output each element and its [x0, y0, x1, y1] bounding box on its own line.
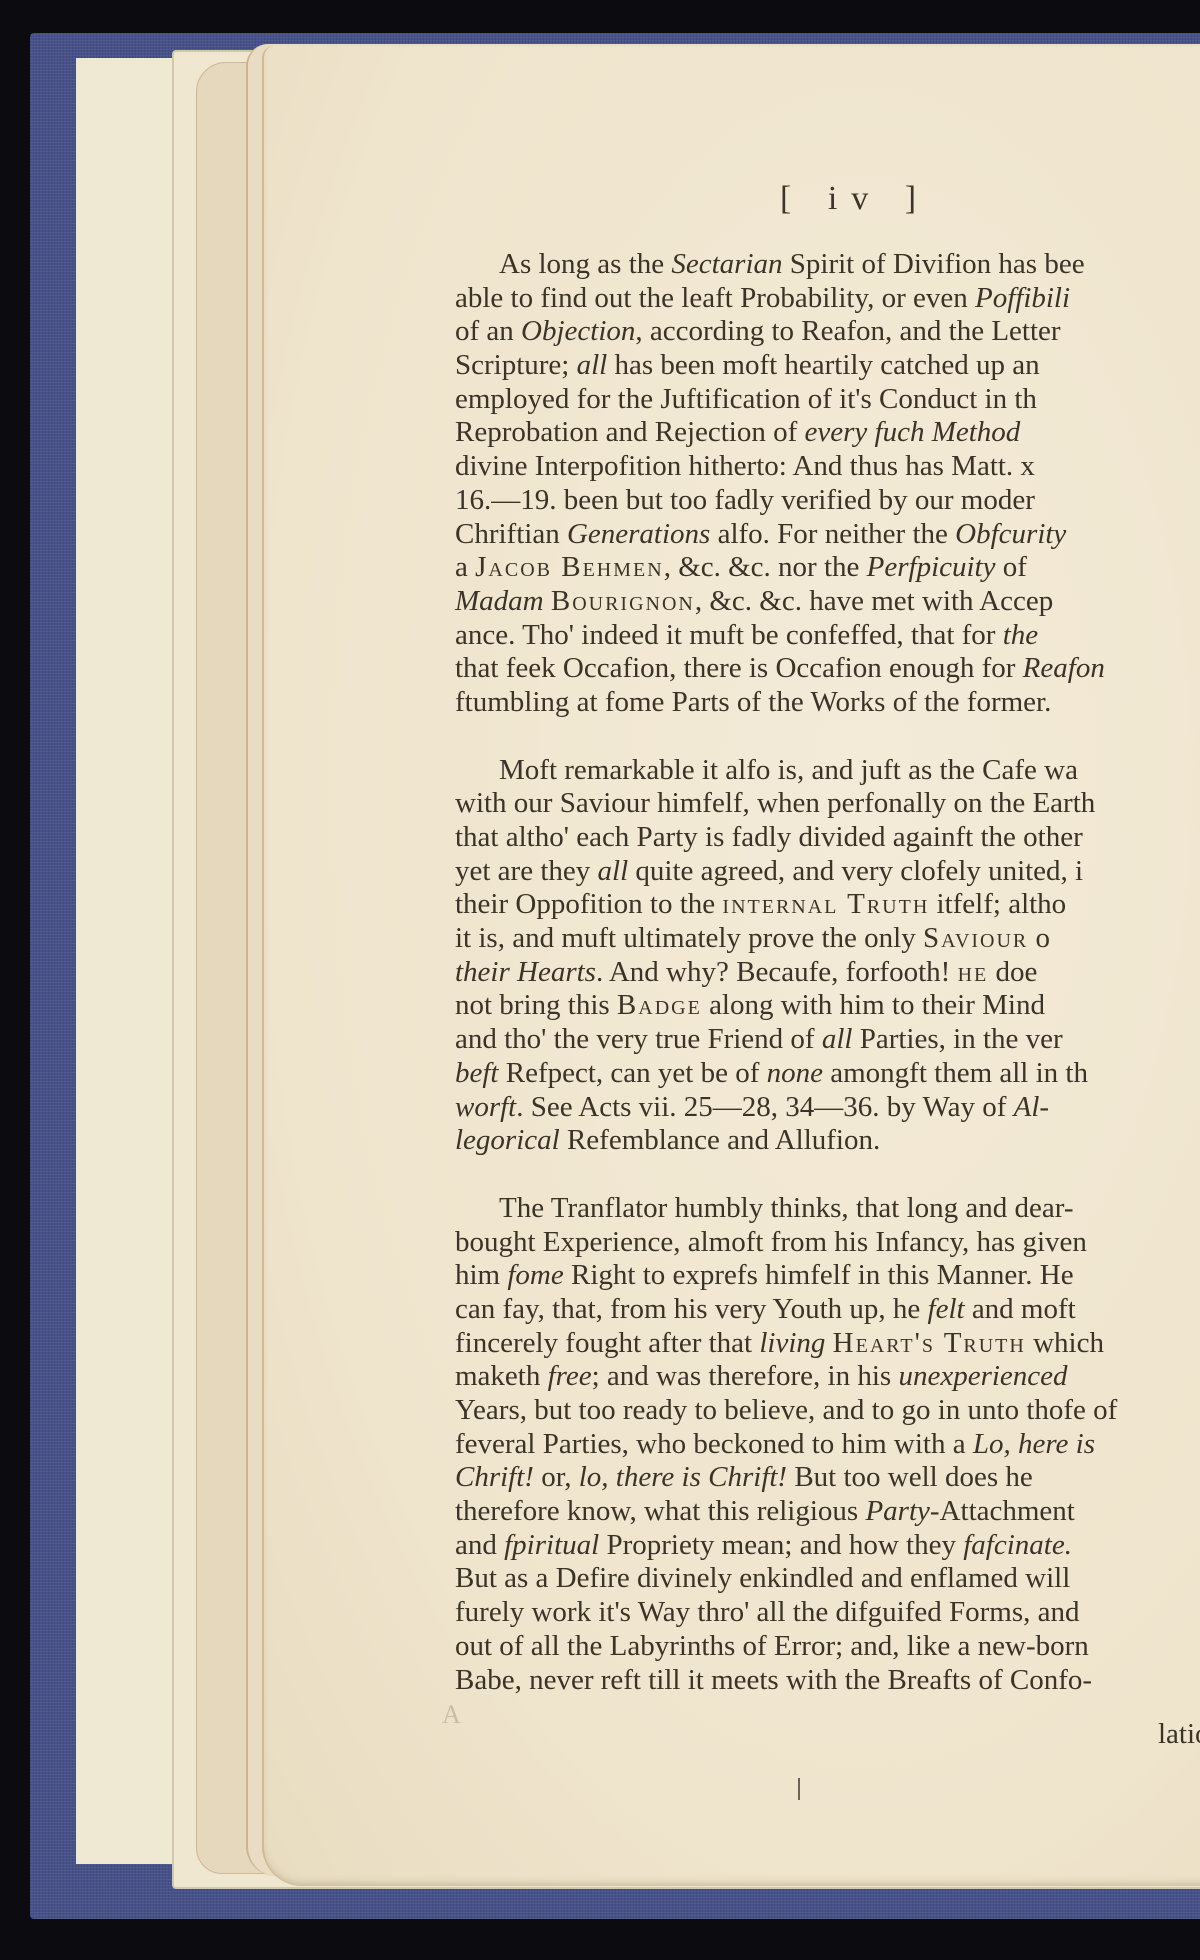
text-line: Years, but too ready to believe, and to … — [455, 1394, 1200, 1428]
italic-text: fafcinate. — [963, 1529, 1072, 1561]
text-line: The Tranflator humbly thinks, that long … — [455, 1192, 1200, 1226]
italic-text: fome — [507, 1259, 563, 1291]
small-caps-text: Bourignon — [551, 585, 695, 617]
text-line: maketh free; and was therefore, in his u… — [455, 1360, 1200, 1394]
italic-text: living — [759, 1327, 825, 1359]
text-line: feveral Parties, who beckoned to him wit… — [455, 1428, 1200, 1462]
text-line: Reprobation and Rejection of every fuch … — [455, 416, 1200, 450]
italic-text: felt — [928, 1293, 965, 1325]
text-line: Babe, never reft till it meets with the … — [455, 1664, 1200, 1698]
text-line: yet are they all quite agreed, and very … — [455, 855, 1200, 889]
text-line: their Hearts. And why? Becaufe, forfooth… — [455, 956, 1200, 990]
page-number: [ iv ] — [780, 180, 930, 218]
italic-text: all — [598, 855, 629, 887]
italic-text: lo, there is Chrift! — [579, 1461, 787, 1493]
text-line: fincerely fought after that living Heart… — [455, 1327, 1200, 1361]
small-caps-text: he — [958, 956, 989, 988]
text-line: him fome Right to exprefs himfelf in thi… — [455, 1259, 1200, 1293]
footer-mark — [798, 1778, 800, 1800]
italic-text: free — [548, 1360, 592, 1392]
text-line: legorical Refemblance and Allufion. — [455, 1124, 1200, 1158]
text-line: not bring this Badge along with him to t… — [455, 989, 1200, 1023]
paragraph: The Tranflator humbly thinks, that long … — [455, 1192, 1200, 1697]
text-line: can fay, that, from his very Youth up, h… — [455, 1293, 1200, 1327]
text-line: and fpiritual Propriety mean; and how th… — [455, 1529, 1200, 1563]
small-caps-text: Badge — [617, 989, 702, 1021]
italic-text: all — [577, 349, 608, 381]
italic-text: Poffibili — [975, 282, 1070, 314]
italic-text: none — [767, 1057, 823, 1089]
paragraph-gap — [455, 1158, 1200, 1192]
italic-text: Sectarian — [671, 248, 782, 280]
italic-text: fpiritual — [504, 1529, 599, 1561]
text-line: employed for the Juftification of it's C… — [455, 383, 1200, 417]
text-line: a Jacob Behmen, &c. &c. nor the Perfpicu… — [455, 551, 1200, 585]
small-caps-text: Saviour — [923, 922, 1028, 954]
italic-text: Lo, here is — [973, 1428, 1095, 1460]
italic-text: Party — [865, 1495, 929, 1527]
text-line: divine Interpofition hitherto: And thus … — [455, 450, 1200, 484]
text-line: furely work it's Way thro' all the difgu… — [455, 1596, 1200, 1630]
italic-text: Generations — [567, 518, 710, 550]
text-line: that altho' each Party is fadly divided … — [455, 821, 1200, 855]
body-text: As long as the Sectarian Spirit of Divif… — [455, 248, 1200, 1697]
text-line: their Oppofition to the internal Truth i… — [455, 888, 1200, 922]
text-line: therefore know, what this religious Part… — [455, 1495, 1200, 1529]
italic-text: legorical — [455, 1124, 560, 1156]
text-line: worft. See Acts vii. 25—28, 34—36. by Wa… — [455, 1091, 1200, 1125]
text-line: beft Refpect, can yet be of none amongft… — [455, 1057, 1200, 1091]
catchword: lation — [1158, 1718, 1200, 1751]
italic-text: worft — [455, 1091, 516, 1123]
text-line: Moft remarkable it alfo is, and juft as … — [455, 754, 1200, 788]
italic-text: Perfpicuity — [867, 551, 996, 583]
text-line: ance. Tho' indeed it muft be confeffed, … — [455, 619, 1200, 653]
small-caps-text: Heart's Truth — [833, 1327, 1026, 1359]
text-line: out of all the Labyrinths of Error; and,… — [455, 1630, 1200, 1664]
text-line: But as a Defire divinely enkindled and e… — [455, 1562, 1200, 1596]
italic-text: the — [1003, 619, 1038, 651]
small-caps-text: Jacob Behmen — [475, 551, 664, 583]
text-line: As long as the Sectarian Spirit of Divif… — [455, 248, 1200, 282]
italic-text: Al- — [1014, 1091, 1049, 1123]
text-line: bought Experience, almoft from his Infan… — [455, 1226, 1200, 1260]
italic-text: Objection — [521, 315, 635, 347]
text-line: that feek Occafion, there is Occafion en… — [455, 652, 1200, 686]
italic-text: Madam — [455, 585, 544, 617]
signature-mark-showthrough: A — [442, 1700, 461, 1730]
text-line: Chriftian Generations alfo. For neither … — [455, 518, 1200, 552]
paragraph: As long as the Sectarian Spirit of Divif… — [455, 248, 1200, 720]
text-line: Scripture; all has been moft heartily ca… — [455, 349, 1200, 383]
italic-text: all — [822, 1023, 853, 1055]
paragraph-gap — [455, 720, 1200, 754]
italic-text: their Hearts — [455, 956, 596, 988]
text-line: of an Objection, according to Reafon, an… — [455, 315, 1200, 349]
text-line: with our Saviour himfelf, when perfonall… — [455, 787, 1200, 821]
text-line: Chrift! or, lo, there is Chrift! But too… — [455, 1461, 1200, 1495]
italic-text: unexperienced — [898, 1360, 1067, 1392]
text-line: ftumbling at fome Parts of the Works of … — [455, 686, 1200, 720]
text-line: it is, and muft ultimately prove the onl… — [455, 922, 1200, 956]
italic-text: Obfcurity — [955, 518, 1066, 550]
paragraph: Moft remarkable it alfo is, and juft as … — [455, 754, 1200, 1158]
italic-text: beft — [455, 1057, 499, 1089]
small-caps-text: internal Truth — [722, 888, 929, 920]
text-line: and tho' the very true Friend of all Par… — [455, 1023, 1200, 1057]
italic-text: Reafon — [1023, 652, 1105, 684]
italic-text: every fuch Method — [805, 416, 1021, 448]
text-line: 16.—19. been but too fadly verified by o… — [455, 484, 1200, 518]
italic-text: Chrift! — [455, 1461, 534, 1493]
text-line: able to find out the leaft Probability, … — [455, 282, 1200, 316]
text-line: Madam Bourignon, &c. &c. have met with A… — [455, 585, 1200, 619]
